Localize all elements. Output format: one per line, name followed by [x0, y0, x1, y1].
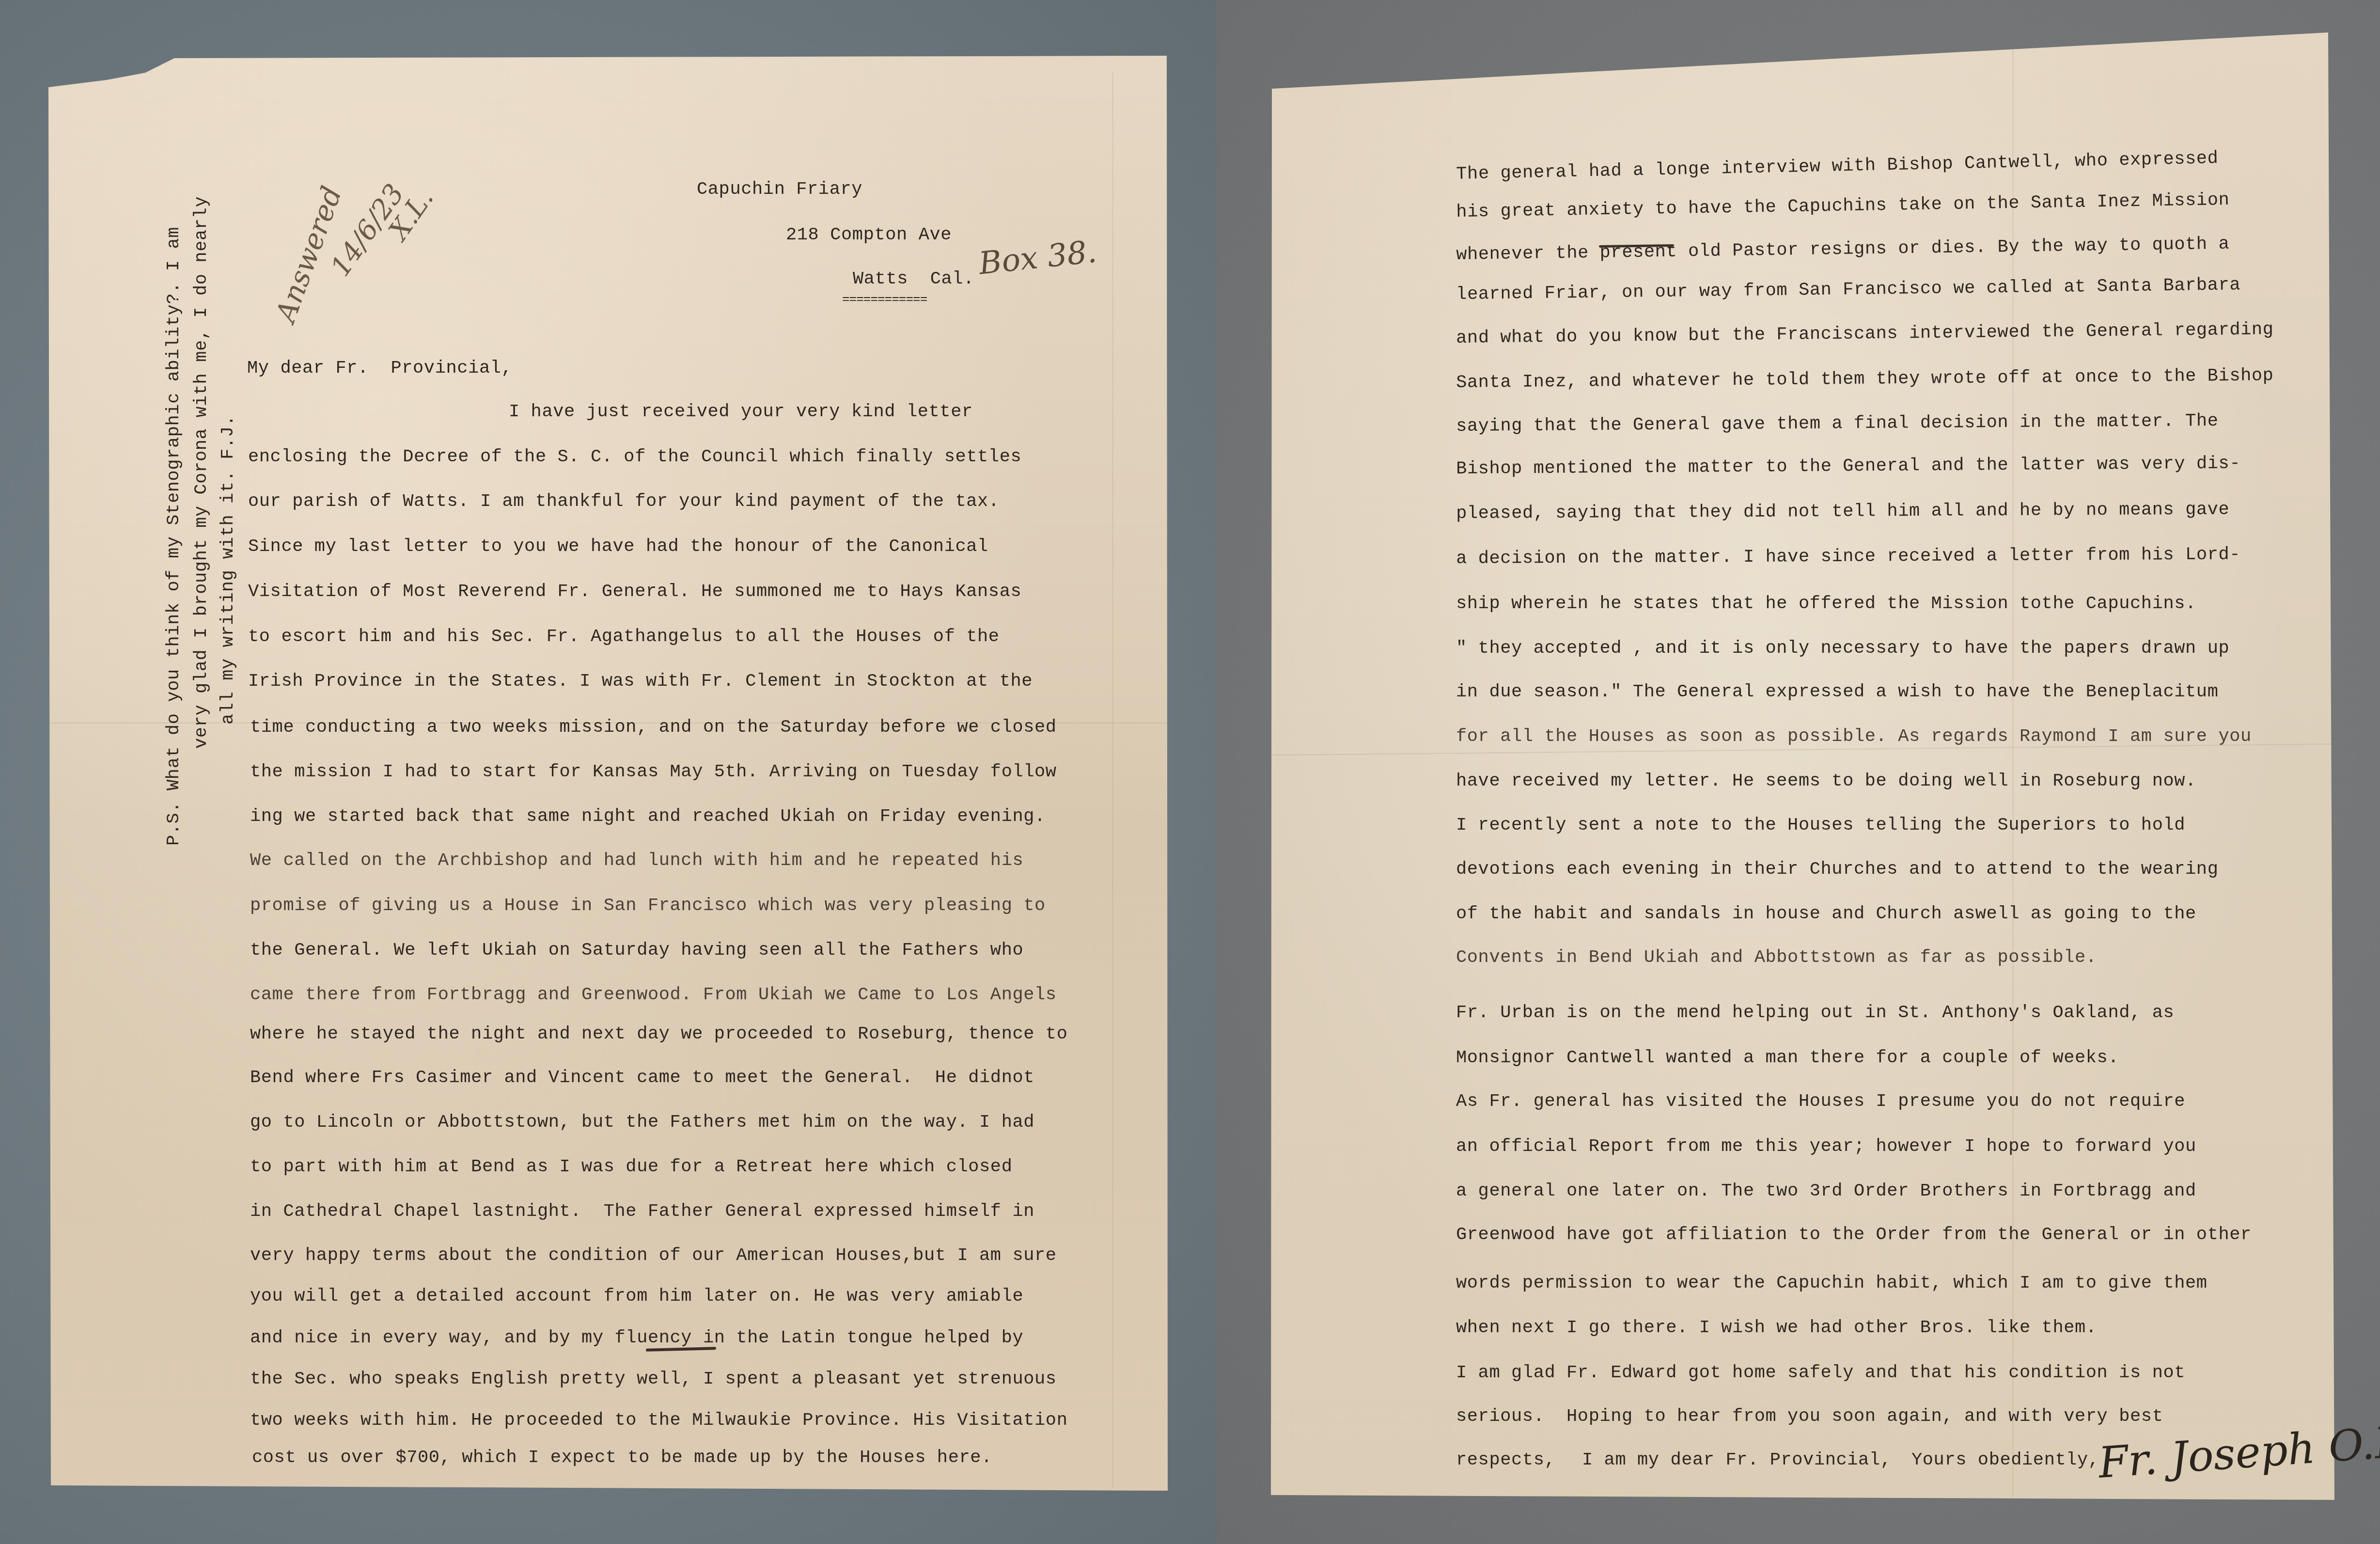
body-line: devotions each evening in their Churches…: [1456, 861, 2218, 879]
body-line: I recently sent a note to the Houses tel…: [1456, 817, 2185, 835]
body-line: an official Report from me this year; ho…: [1456, 1138, 2196, 1156]
body-line: pleased, saying that they did not tell h…: [1456, 501, 2229, 523]
body-line: Irish Province in the States. I was with…: [248, 673, 1033, 691]
address-line-friary: Capuchin Friary: [697, 181, 862, 199]
body-line: in due season." The General expressed a …: [1456, 683, 2218, 701]
body-line: Bend where Frs Casimer and Vincent came …: [250, 1069, 1034, 1087]
body-line: a decision on the matter. I have since r…: [1456, 546, 2240, 568]
body-line: to escort him and his Sec. Fr. Agathange…: [248, 628, 1000, 646]
body-line: Greenwood have got affiliation to the Or…: [1456, 1226, 2252, 1244]
body-line: " they accepted , and it is only necessa…: [1456, 640, 2229, 658]
postscript-line-3: all my writing with it. F.J.: [218, 415, 238, 725]
body-line: a general one later on. The two 3rd Orde…: [1456, 1182, 2196, 1200]
address-line-street: 218 Compton Ave: [786, 226, 952, 244]
body-line: have received my letter. He seems to be …: [1456, 772, 2196, 790]
body-line: came there from Fortbragg and Greenwood.…: [250, 986, 1057, 1004]
body-line: the mission I had to start for Kansas Ma…: [250, 763, 1057, 781]
closing-phrase: I am my dear Fr. Provincial,: [1582, 1451, 1892, 1469]
body-line: promise of giving us a House in San Fran…: [250, 897, 1046, 915]
postscript-line-1: P.S. What do you think of my Stenographi…: [164, 227, 184, 846]
body-line: Monsignor Cantwell wanted a man there fo…: [1456, 1049, 2119, 1067]
body-line: enclosing the Decree of the S. C. of the…: [248, 448, 1021, 466]
body-line: the Sec. who speaks English pretty well,…: [250, 1371, 1057, 1388]
body-line: We called on the Archbishop and had lunc…: [250, 852, 1023, 870]
body-line: Since my last letter to you we have had …: [248, 538, 988, 556]
body-line: ship wherein he states that he offered t…: [1456, 595, 2196, 613]
body-line: go to Lincoln or Abbottstown, but the Fa…: [250, 1114, 1034, 1132]
body-line: the General. We left Ukiah on Saturday h…: [250, 942, 1023, 960]
body-line: I have just received your very kind lett…: [509, 403, 973, 421]
body-line: to part with him at Bend as I was due fo…: [250, 1158, 1012, 1176]
letter-page-1: [48, 0, 1168, 1493]
body-line: of the habit and sandals in house and Ch…: [1456, 905, 2196, 923]
body-line: Convents in Bend Ukiah and Abbottstown a…: [1456, 949, 2097, 967]
body-line: two weeks with him. He proceeded to the …: [250, 1412, 1067, 1430]
body-line: serious. Hoping to hear from you soon ag…: [1456, 1408, 2163, 1426]
closing-respects: respects,: [1456, 1451, 1555, 1469]
body-line: our parish of Watts. I am thankful for y…: [248, 493, 1000, 511]
body-line: As Fr. general has visited the Houses I …: [1456, 1093, 2185, 1111]
vertical-crease: [1112, 73, 1113, 1488]
body-line: ing we started back that same night and …: [250, 808, 1046, 826]
body-line: for all the Houses as soon as possible. …: [1456, 728, 2252, 746]
body-line: Fr. Urban is on the mend helping out in …: [1456, 1004, 2174, 1022]
body-line: Visitation of Most Reverend Fr. General.…: [248, 583, 1021, 601]
body-line: cost us over $700, which I expect to be …: [252, 1449, 992, 1467]
salutation: My dear Fr. Provincial,: [247, 360, 512, 378]
body-line: very happy terms about the condition of …: [250, 1247, 1057, 1265]
address-rule: ============: [842, 293, 927, 306]
address-line-city: Watts Cal.: [853, 270, 974, 288]
body-line: time conducting a two weeks mission, and…: [250, 719, 1057, 737]
body-line: you will get a detailed account from him…: [250, 1288, 1023, 1306]
body-line: I am glad Fr. Edward got home safely and…: [1456, 1364, 2185, 1382]
body-line: and nice in every way, and by my fluency…: [250, 1329, 1023, 1347]
body-line: where he stayed the night and next day w…: [250, 1025, 1067, 1043]
closing-yours: Yours obediently,: [1911, 1451, 2099, 1469]
body-line: when next I go there. I wish we had othe…: [1456, 1319, 2097, 1337]
body-line: words permission to wear the Capuchin ha…: [1456, 1275, 2208, 1292]
postscript-line-2: very glad I brought my Corona with me, I…: [191, 196, 212, 749]
body-line: in Cathedral Chapel lastnight. The Fathe…: [250, 1203, 1034, 1221]
